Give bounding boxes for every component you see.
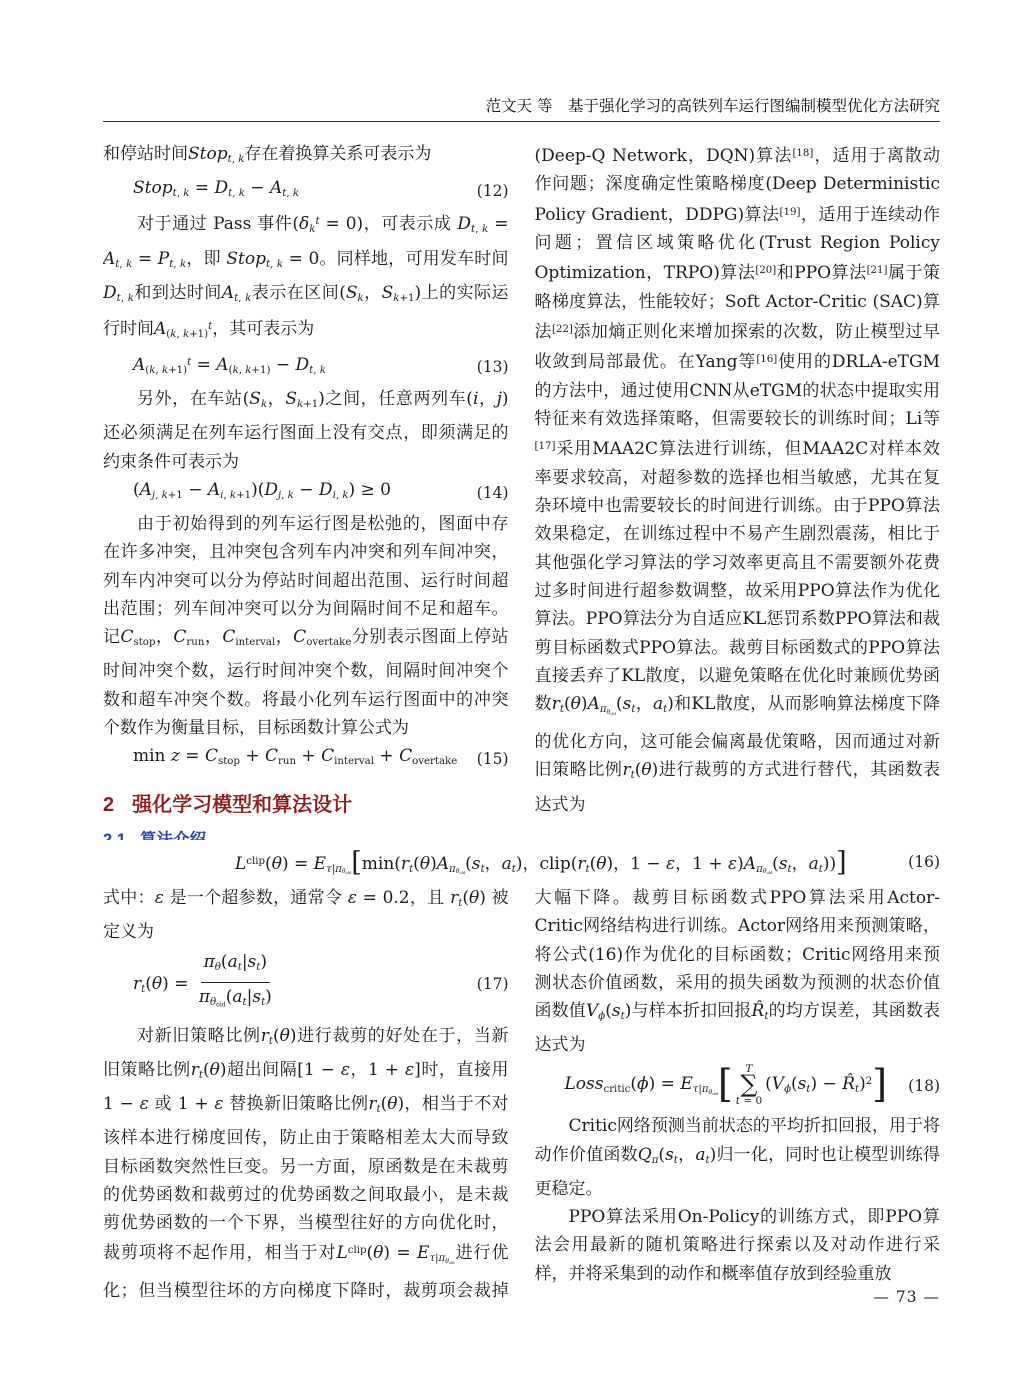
equation-16: Lclip(θ) = Eτ|πθold[min(rt(θ)Aπθold(st，a… <box>103 839 940 885</box>
equation-16-open-bracket: [ <box>351 847 362 878</box>
equation-12: Stopt, k = Dt, k − At, k (12) <box>103 174 509 208</box>
left-column-bottom: 式中：ε 是一个超参数，通常令 ε = 0.2，且 rt(θ) 被定义为 rt(… <box>103 884 509 1304</box>
right-column-top: (Deep-Q Network，DQN)算法[18]，适用于离散动作问题；深度确… <box>535 140 941 840</box>
equation-16-expression: min(rt(θ)Aπθold(st，at)，clip(rt(θ)，1 − ε，… <box>362 854 836 874</box>
paragraph-actor-critic: 大幅下降。裁剪目标函数式PPO算法采用Actor-Critic网络结构进行训练。… <box>535 884 941 1060</box>
paper-page: 范文天 等 基于强化学习的高铁列车运行图编制模型优化方法研究 和停站时间Stop… <box>0 0 1020 1375</box>
columns-bottom: 式中：ε 是一个超参数，通常令 ε = 0.2，且 rt(θ) 被定义为 rt(… <box>103 884 940 1304</box>
running-title: 范文天 等 基于强化学习的高铁列车运行图编制模型优化方法研究 <box>103 94 940 116</box>
summation: T∑t = 0 <box>736 1064 762 1107</box>
paragraph-clip-benefit: 对新旧策略比例rt(θ)进行裁剪的好处在于，当新旧策略比例rt(θ)超出间隔[1… <box>103 1022 509 1304</box>
fraction-numerator: πθ(at|st) <box>201 949 270 983</box>
equation-18-close-bracket: ] <box>872 1062 887 1106</box>
equation-16-close-bracket: ] <box>836 847 847 878</box>
sigma-symbol: ∑ <box>740 1074 757 1096</box>
equation-18-lhs: Losscritic(ϕ) = Eτ|πθold <box>565 1074 718 1094</box>
equation-17-body: rt(θ) = πθ(at|st)πθold(at|st) <box>133 949 275 1018</box>
equation-14: (Aj, k+1 − Ai, k+1)(Dj, k − Di, k) ≥ 0 (… <box>103 476 509 510</box>
equation-16-lhs: Lclip(θ) = Eτ|πθold <box>235 854 351 874</box>
equation-13-number: (13) <box>477 353 509 381</box>
summation-lower-limit: t = 0 <box>736 1096 762 1107</box>
equation-13-body: A(k, k+1)t = A(k, k+1) − Dt, k <box>133 349 326 385</box>
equation-13: A(k, k+1)t = A(k, k+1) − Dt, k (13) <box>103 349 509 385</box>
section-number: 2 <box>103 794 114 816</box>
equation-17-number: (17) <box>477 970 509 998</box>
page-number: — 73 — <box>873 1288 940 1306</box>
fraction-denominator: πθold(at|st) <box>196 983 275 1019</box>
equation-18-open-bracket: [ <box>718 1062 733 1106</box>
equation-14-number: (14) <box>477 479 509 507</box>
equation-18-number: (18) <box>908 1072 940 1100</box>
equation-17: rt(θ) = πθ(at|st)πθold(at|st) (17) <box>103 949 509 1018</box>
equation-16-number: (16) <box>908 853 940 871</box>
paragraph-no-cross: 另外，在车站(Sk，Sk+1)之间，任意两列车(i，j)还必须满足在列车运行图面… <box>103 385 509 476</box>
paragraph-stop-relation: 和停站时间Stopt, k存在着换算关系可表示为 <box>103 140 509 174</box>
paragraph-on-policy: PPO算法采用On-Policy的训练方式，即PPO算法会用最新的随机策略进行探… <box>535 1203 941 1288</box>
paragraph-rl-algorithms: (Deep-Q Network，DQN)算法[18]，适用于离散动作问题；深度确… <box>535 140 941 819</box>
equation-15-number: (15) <box>477 745 509 773</box>
equation-18-body: Losscritic(ϕ) = Eτ|πθold[T∑t = 0(Vϕ(st) … <box>565 1064 888 1109</box>
paragraph-pass-event: 对于通过 Pass 事件(δkt = 0)，可表示成 Dt, k = At, k… <box>103 208 509 349</box>
columns-top: 和停站时间Stopt, k存在着换算关系可表示为 Stopt, k = Dt, … <box>103 140 940 840</box>
section-title: 强化学习模型和算法设计 <box>132 794 352 816</box>
paragraph-epsilon: 式中：ε 是一个超参数，通常令 ε = 0.2，且 rt(θ) 被定义为 <box>103 884 509 946</box>
equation-12-body: Stopt, k = Dt, k − At, k <box>133 174 299 208</box>
header-rule <box>103 121 940 122</box>
right-column-bottom: 大幅下降。裁剪目标函数式PPO算法采用Actor-Critic网络结构进行训练。… <box>535 884 941 1304</box>
equation-18: Losscritic(ϕ) = Eτ|πθold[T∑t = 0(Vϕ(st) … <box>535 1064 941 1109</box>
fraction: πθ(at|st)πθold(at|st) <box>196 949 275 1018</box>
equation-12-number: (12) <box>477 177 509 205</box>
equation-16-body: Lclip(θ) = Eτ|πθold[min(rt(θ)Aπθold(st，a… <box>235 849 847 876</box>
section-heading-2: 2强化学习模型和算法设计 <box>103 792 509 818</box>
equation-15: min z = Cstop + Crun + Cinterval + Cover… <box>103 742 509 776</box>
equation-18-expression: (Vϕ(st) − R̂t)2 <box>765 1074 872 1094</box>
paragraph-conflicts: 由于初始得到的列车运行图是松弛的，图面中存在许多冲突，且冲突包含列车内冲突和列车… <box>103 510 509 742</box>
equation-14-body: (Aj, k+1 − Ai, k+1)(Dj, k − Di, k) ≥ 0 <box>133 476 391 510</box>
equation-17-lhs: rt(θ) = <box>133 974 194 994</box>
paragraph-critic-predict: Critic网络预测当前状态的平均折扣回报，用于将动作价值函数Qπ(st，at)… <box>535 1112 941 1203</box>
equation-15-body: min z = Cstop + Crun + Cinterval + Cover… <box>133 742 457 776</box>
left-column-top: 和停站时间Stopt, k存在着换算关系可表示为 Stopt, k = Dt, … <box>103 140 509 840</box>
